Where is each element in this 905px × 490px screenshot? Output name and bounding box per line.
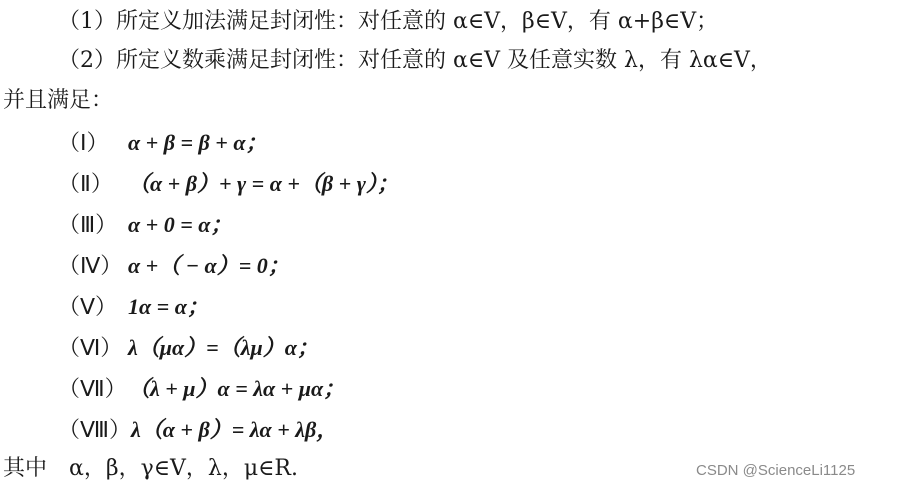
axioms-intro: 并且满足： <box>3 83 113 119</box>
axiom-formula: （λ + μ）α = λα + μα； <box>128 376 345 401</box>
watermark: CSDN @ScienceLi1125 <box>696 462 855 479</box>
axiom-label: （Ⅴ） <box>58 289 128 325</box>
axiom-5: （Ⅴ）1α = α； <box>58 289 209 325</box>
axiom-label: （Ⅱ） <box>58 166 128 202</box>
axiom-formula: α +（ − α）= 0； <box>128 253 290 278</box>
axiom-formula: λ（μα）=（λμ）α； <box>128 335 319 360</box>
axiom-7: （Ⅶ）（λ + μ）α = λα + μα； <box>58 371 345 407</box>
axiom-label: （Ⅷ） <box>58 412 131 448</box>
axiom-formula: λ（α + β）= λα + λβ， <box>131 417 338 442</box>
axiom-3: （Ⅲ）α + 0 = α； <box>58 207 232 243</box>
axiom-formula: α + 0 = α； <box>128 212 232 237</box>
axiom-label: （Ⅰ） <box>58 125 128 161</box>
axiom-1: （Ⅰ）α + β = β + α； <box>58 125 268 161</box>
axiom-formula: （α + β）+ γ = α +（β + γ）； <box>128 171 399 196</box>
axiom-formula: α + β = β + α； <box>128 130 268 155</box>
axiom-4: （Ⅳ）α +（ − α）= 0； <box>58 248 290 284</box>
closure-addition: （1）所定义加法满足封闭性：对任意的 α∈V，β∈V，有 α+β∈V； <box>58 4 718 40</box>
axiom-6: （Ⅵ）λ（μα）=（λμ）α； <box>58 330 319 366</box>
footer-condition: 其中 α，β，γ∈V，λ，μ∈R. <box>3 451 298 487</box>
axiom-label: （Ⅲ） <box>58 207 128 243</box>
axiom-8: （Ⅷ）λ（α + β）= λα + λβ， <box>58 412 338 448</box>
axiom-formula: 1α = α； <box>128 294 209 319</box>
axiom-2: （Ⅱ）（α + β）+ γ = α +（β + γ）； <box>58 166 399 202</box>
axiom-label: （Ⅵ） <box>58 330 128 366</box>
closure-scalar-multiplication: （2）所定义数乘满足封闭性：对任意的 α∈V 及任意实数 λ，有 λα∈V， <box>58 43 772 79</box>
axiom-label: （Ⅳ） <box>58 248 128 284</box>
axiom-label: （Ⅶ） <box>58 371 128 407</box>
